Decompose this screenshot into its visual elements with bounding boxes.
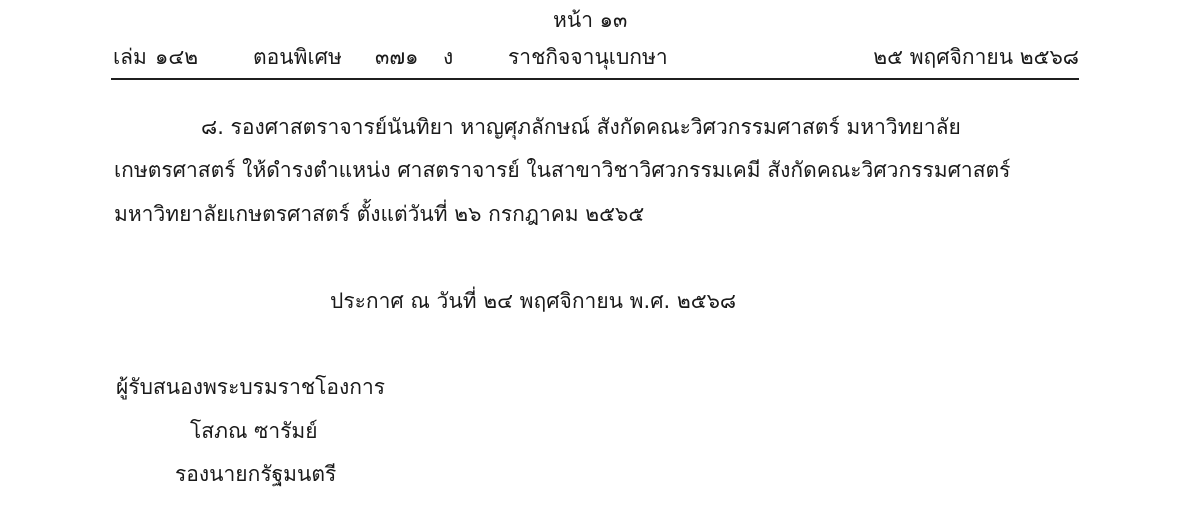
- gazette-name: ราชกิจจานุเบกษา: [508, 47, 668, 68]
- paragraph-line: ๘. รองศาสตราจารย์นันทิยา หาญศุภลักษณ์ สั…: [201, 117, 961, 138]
- signer-role: ผู้รับสนองพระบรมราชโองการ: [116, 377, 385, 398]
- gazette-header: เล่ม ๑๔๒ ตอนพิเศษ ๓๗๑ ง ราชกิจจานุเบกษา …: [113, 47, 1079, 75]
- page-number: หน้า ๑๓: [553, 10, 627, 31]
- announcement-date: ประกาศ ณ วันที่ ๒๔ พฤศจิกายน พ.ศ. ๒๕๖๘: [330, 291, 736, 312]
- volume-number: ๑๔๒: [155, 47, 198, 68]
- signer-name: โสภณ ซารัมย์: [190, 421, 318, 442]
- header-divider: [111, 78, 1079, 80]
- issue-label: ตอนพิเศษ: [253, 47, 342, 68]
- signer-title: รองนายกรัฐมนตรี: [175, 464, 336, 485]
- paragraph-line: มหาวิทยาลัยเกษตรศาสตร์ ตั้งแต่วันที่ ๒๖ …: [114, 204, 644, 225]
- issue-number: ๓๗๑: [375, 47, 418, 68]
- volume-label: เล่ม: [113, 47, 147, 68]
- issue-letter: ง: [443, 47, 453, 68]
- header-date: ๒๕ พฤศจิกายน ๒๕๖๘: [873, 47, 1079, 68]
- paragraph-line: เกษตรศาสตร์ ให้ดำรงตำแหน่ง ศาสตราจารย์ ใ…: [114, 160, 1010, 181]
